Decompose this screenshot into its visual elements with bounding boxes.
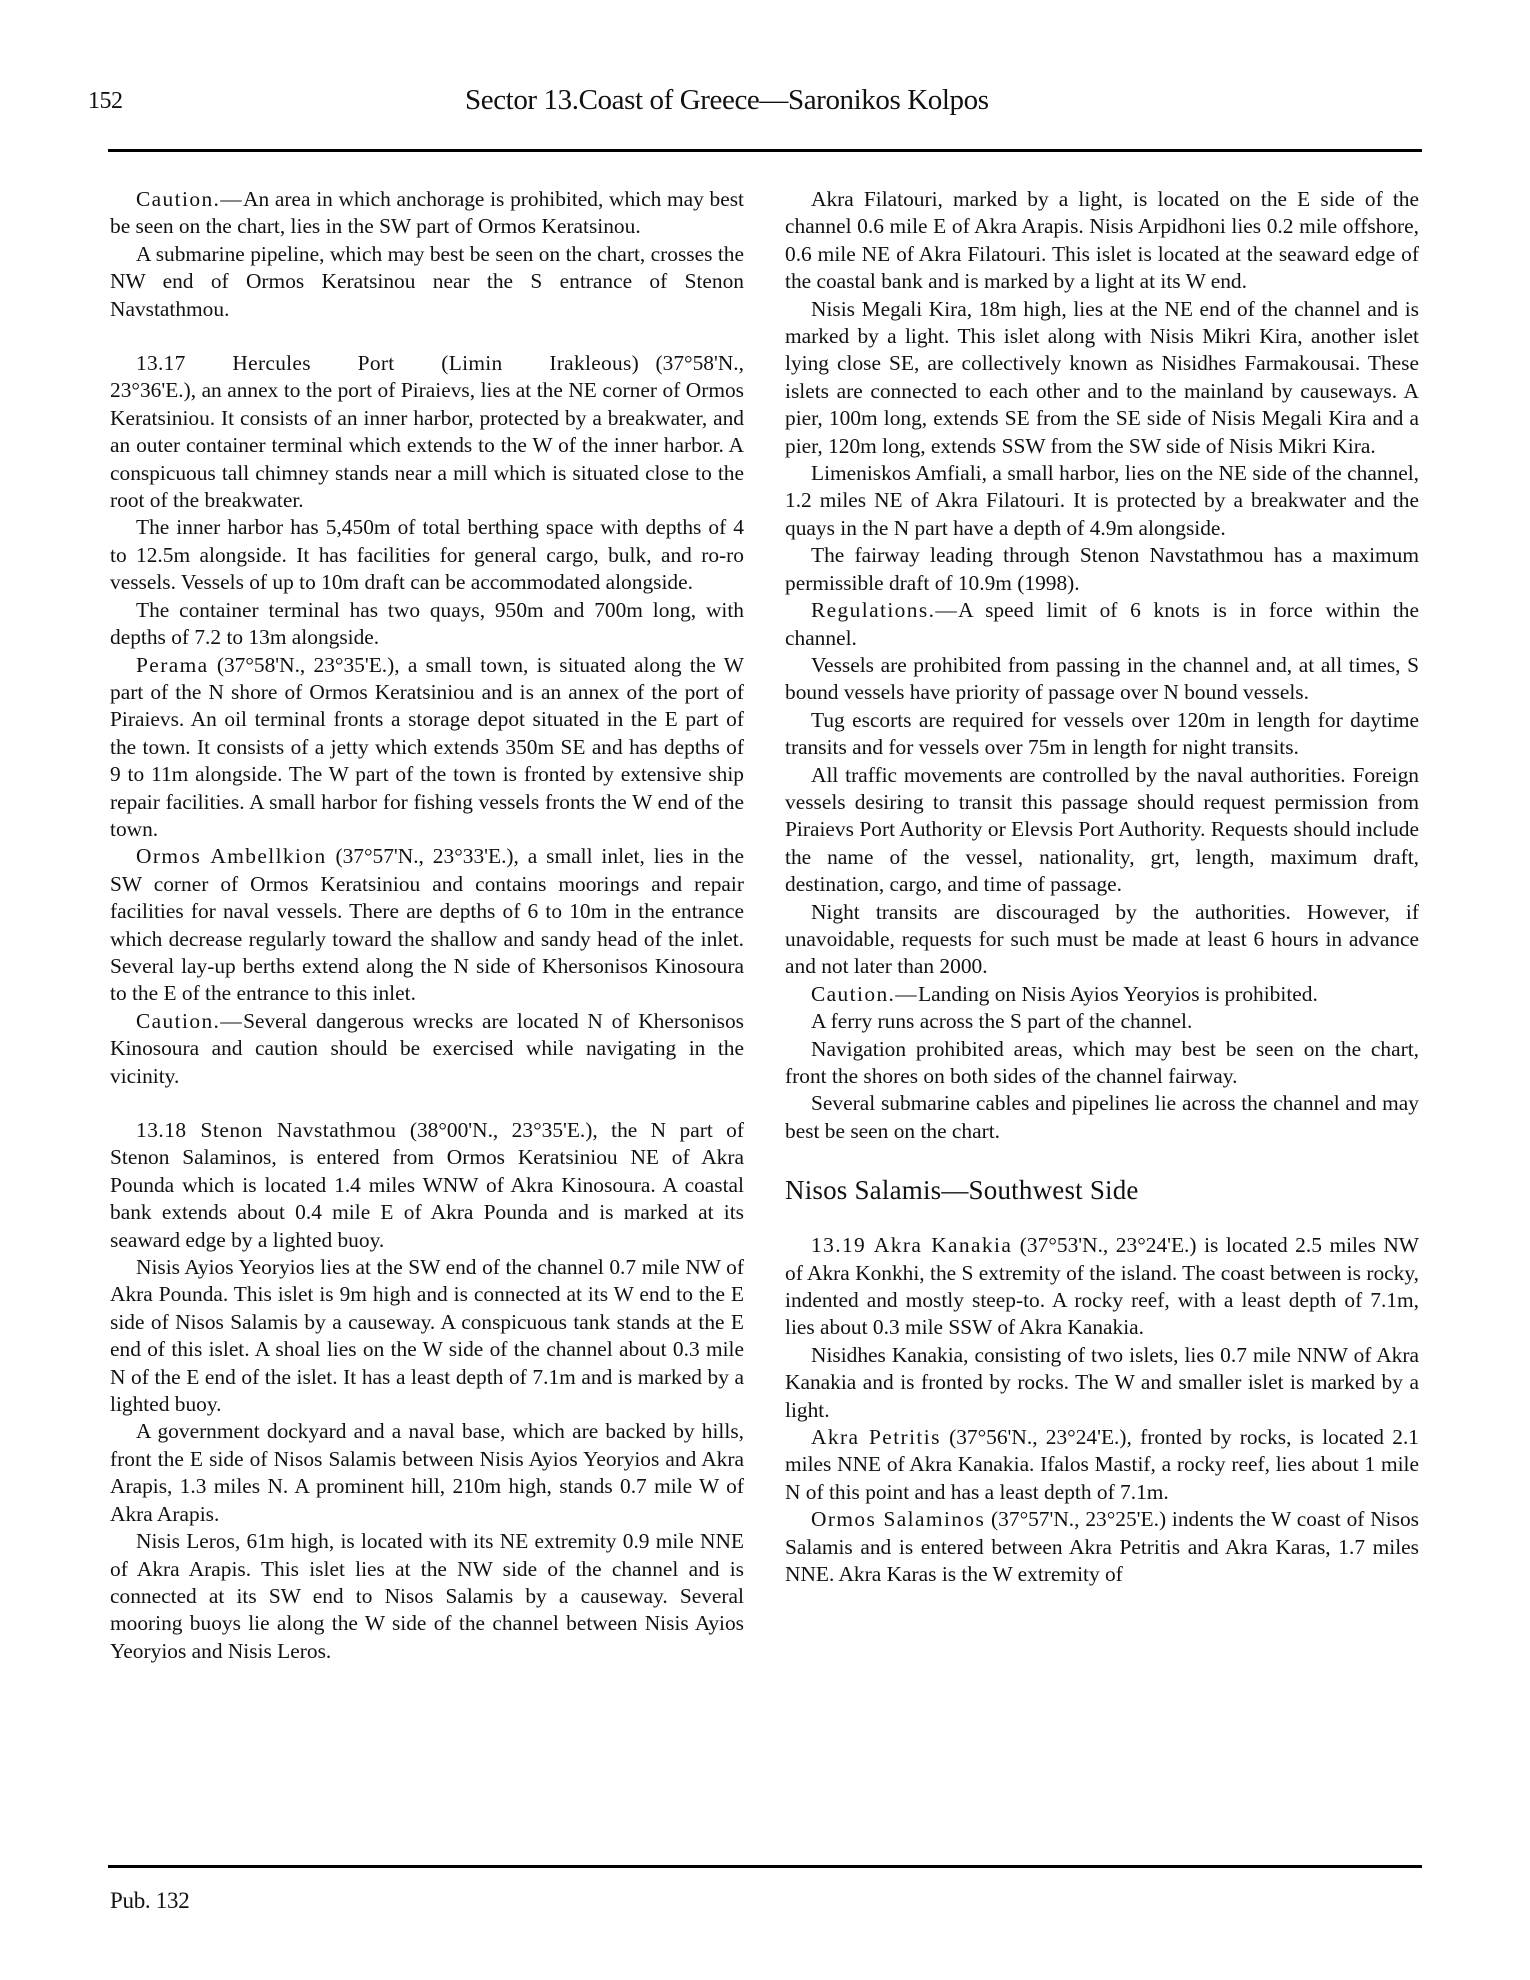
runin-heading: Akra Petritis	[811, 1425, 941, 1449]
paragraph-13-17-hercules-port: 13.17 Hercules Port (Limin Irakleous) (3…	[110, 350, 744, 514]
paragraph-nisidhes-kanakia: Nisidhes Kanakia, consisting of two isle…	[785, 1342, 1419, 1424]
paragraph-container-terminal: The container terminal has two quays, 95…	[110, 597, 744, 652]
runin-heading: Ormos Salaminos	[811, 1507, 985, 1531]
paragraph-nisis-ayios-yeoryios: Nisis Ayios Yeoryios lies at the SW end …	[110, 1254, 744, 1418]
paragraph-13-18-stenon-navstathmou: 13.18 Stenon Navstathmou (38°00'N., 23°3…	[110, 1117, 744, 1254]
paragraph-caution-landing: Caution.—Landing on Nisis Ayios Yeoryios…	[785, 981, 1419, 1008]
page-number: 152	[88, 88, 123, 115]
publication-footer: Pub. 132	[110, 1888, 189, 1914]
section-heading: Nisos Salamis—Southwest Side	[785, 1174, 1419, 1206]
runin-heading: Caution.—	[136, 1009, 243, 1033]
paragraph-government-dockyard: A government dockyard and a naval base, …	[110, 1418, 744, 1528]
paragraph-ormos-ambellkion: Ormos Ambellkion (37°57'N., 23°33'E.), a…	[110, 843, 744, 1007]
paragraph-ferry: A ferry runs across the S part of the ch…	[785, 1008, 1419, 1035]
paragraph-limeniskos-amfiali: Limeniskos Amfiali, a small harbor, lies…	[785, 460, 1419, 542]
section-number-heading: 13.18 Stenon Navstathmou	[136, 1118, 396, 1142]
section-number-heading: 13.19 Akra Kanakia	[811, 1233, 1012, 1257]
left-column: Caution.—An area in which anchorage is p…	[110, 186, 744, 1665]
paragraph-inner-harbor: The inner harbor has 5,450m of total ber…	[110, 514, 744, 596]
runin-heading: Perama	[136, 653, 209, 677]
section-number-heading: 13.17 Hercules Port (Limin Irakleous)	[136, 351, 639, 375]
paragraph-regulations: Regulations.—A speed limit of 6 knots is…	[785, 597, 1419, 652]
paragraph-nisis-megali-kira: Nisis Megali Kira, 18m high, lies at the…	[785, 296, 1419, 460]
paragraph-submarine-pipeline: A submarine pipeline, which may best be …	[110, 241, 744, 323]
header-rule	[108, 149, 1422, 152]
runin-heading: Regulations.—	[811, 598, 958, 622]
paragraph-13-19-akra-kanakia: 13.19 Akra Kanakia (37°53'N., 23°24'E.) …	[785, 1232, 1419, 1342]
paragraph-akra-filatouri: Akra Filatouri, marked by a light, is lo…	[785, 186, 1419, 296]
paragraph-tug-escorts: Tug escorts are required for vessels ove…	[785, 707, 1419, 762]
running-title: Sector 13.Coast of Greece—Saronikos Kolp…	[465, 84, 989, 117]
paragraph-night-transits: Night transits are discouraged by the au…	[785, 899, 1419, 981]
runin-heading: Ormos Ambellkion	[136, 844, 327, 868]
footer-rule	[108, 1865, 1422, 1868]
paragraph-traffic-control: All traffic movements are controlled by …	[785, 762, 1419, 899]
paragraph-submarine-cables: Several submarine cables and pipelines l…	[785, 1090, 1419, 1145]
paragraph-ormos-salaminos: Ormos Salaminos (37°57'N., 23°25'E.) ind…	[785, 1506, 1419, 1588]
paragraph-navigation-prohibited: Navigation prohibited areas, which may b…	[785, 1036, 1419, 1091]
paragraph-passing-prohibited: Vessels are prohibited from passing in t…	[785, 652, 1419, 707]
runin-heading: Caution.—	[811, 982, 918, 1006]
paragraph-caution-anchorage: Caution.—An area in which anchorage is p…	[110, 186, 744, 241]
paragraph-caution-wrecks: Caution.—Several dangerous wrecks are lo…	[110, 1008, 744, 1090]
paragraph-fairway-draft: The fairway leading through Stenon Navst…	[785, 542, 1419, 597]
paragraph-akra-petritis: Akra Petritis (37°56'N., 23°24'E.), fron…	[785, 1424, 1419, 1506]
paragraph-nisis-leros: Nisis Leros, 61m high, is located with i…	[110, 1528, 744, 1665]
paragraph-perama: Perama (37°58'N., 23°35'E.), a small tow…	[110, 652, 744, 844]
right-column: Akra Filatouri, marked by a light, is lo…	[785, 186, 1419, 1589]
runin-heading: Caution.—	[136, 187, 243, 211]
